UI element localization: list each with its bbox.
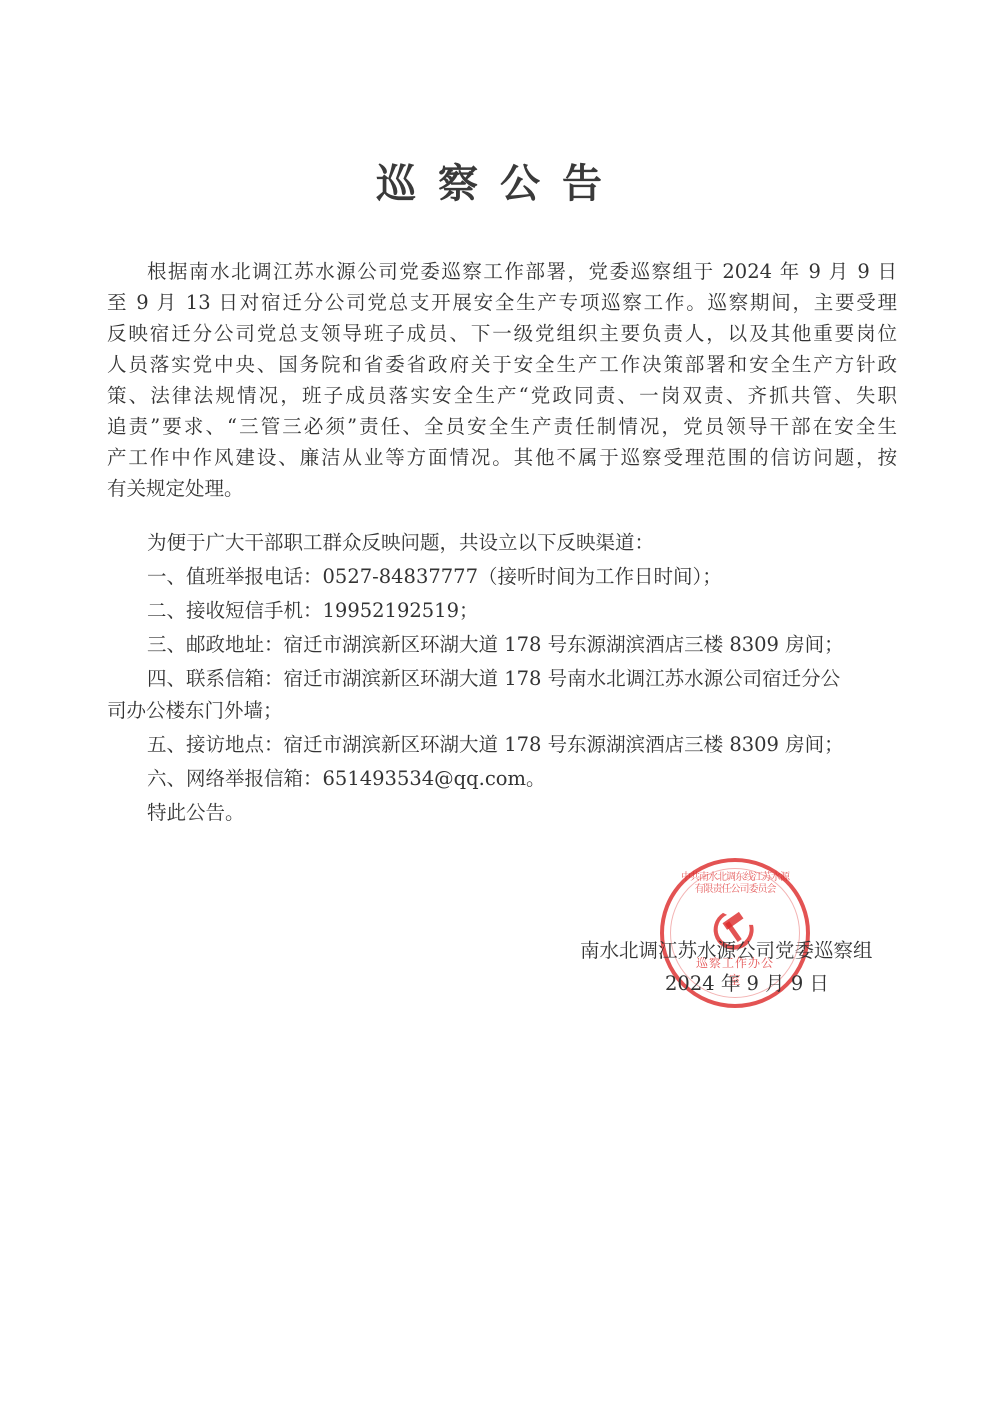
channel-label: 三、邮政地址： — [147, 633, 284, 656]
paragraph-line: 根据南水北调江苏水源公司党委巡察工作部署，党委巡察组于 2024 年 9 月 9… — [147, 257, 897, 287]
signature-org: 南水北调江苏水源公司党委巡察组 — [580, 935, 873, 963]
paragraph-line: 策、法律法规情况，班子成员落实安全生产“党政同责、一岗双责、齐抓共管、失职 — [107, 381, 897, 411]
channel-label: 五、接访地点： — [147, 733, 284, 756]
channel-sms: 19952192519； — [323, 599, 479, 622]
channel-mailbox: 宿迁市湖滨新区环湖大道 178 号南水北调江苏水源公司宿迁分公 — [284, 667, 841, 690]
channel-item: 三、邮政地址：宿迁市湖滨新区环湖大道 178 号东源湖滨酒店三楼 8309 房间… — [147, 630, 844, 660]
channel-label: 二、接收短信手机： — [147, 599, 323, 622]
document-title: 巡察公告 — [0, 152, 1000, 209]
channel-item: 五、接访地点：宿迁市湖滨新区环湖大道 178 号东源湖滨酒店三楼 8309 房间… — [147, 730, 844, 760]
channel-phone: 0527-84837777（接听时间为工作日时间）； — [323, 565, 722, 588]
document-page: 巡察公告 根据南水北调江苏水源公司党委巡察工作部署，党委巡察组于 2024 年 … — [0, 0, 1000, 1414]
seal-ring-text: 中共南水北调东线江苏水源有限责任公司委员会 — [678, 872, 792, 896]
channel-item: 四、联系信箱：宿迁市湖滨新区环湖大道 178 号南水北调江苏水源公司宿迁分公 — [147, 664, 840, 694]
paragraph-line: 有关规定处理。 — [107, 477, 244, 500]
channel-item: 六、网络举报信箱：651493534@qq.com。 — [147, 764, 546, 794]
channel-label: 一、值班举报电话： — [147, 565, 323, 588]
channel-item: 二、接收短信手机：19952192519； — [147, 596, 479, 626]
channel-postal-address: 宿迁市湖滨新区环湖大道 178 号东源湖滨酒店三楼 8309 房间； — [284, 633, 844, 656]
channel-email: 651493534@qq.com。 — [323, 767, 546, 790]
channel-label: 四、联系信箱： — [147, 667, 284, 690]
channel-visit-location: 宿迁市湖滨新区环湖大道 178 号东源湖滨酒店三楼 8309 房间； — [284, 733, 844, 756]
closing-text: 特此公告。 — [147, 801, 245, 824]
channel-item-continued: 司办公楼东门外墙； — [107, 696, 283, 726]
channel-label: 六、网络举报信箱： — [147, 767, 323, 790]
channels-intro: 为便于广大干部职工群众反映问题，共设立以下反映渠道： — [147, 531, 654, 554]
signature-date: 2024 年 9 月 9 日 — [665, 968, 829, 996]
channel-item: 一、值班举报电话：0527-84837777（接听时间为工作日时间）； — [147, 562, 722, 592]
paragraph-line: 追责”要求、“三管三必须”责任、全员安全生产责任制情况，党员领导干部在安全生 — [107, 412, 897, 442]
paragraph-line: 至 9 月 13 日对宿迁分公司党总支开展安全生产专项巡察工作。巡察期间，主要受… — [107, 288, 897, 318]
paragraph-line: 反映宿迁分公司党总支领导班子成员、下一级党组织主要负责人，以及其他重要岗位 — [107, 319, 897, 349]
channel-mailbox-cont: 司办公楼东门外墙； — [107, 699, 283, 722]
paragraph-line: 产工作中作风建设、廉洁从业等方面情况。其他不属于巡察受理范围的信访问题，按 — [107, 443, 897, 473]
paragraph-line: 人员落实党中央、国务院和省委省政府关于安全生产工作决策部署和安全生产方针政 — [107, 350, 897, 380]
